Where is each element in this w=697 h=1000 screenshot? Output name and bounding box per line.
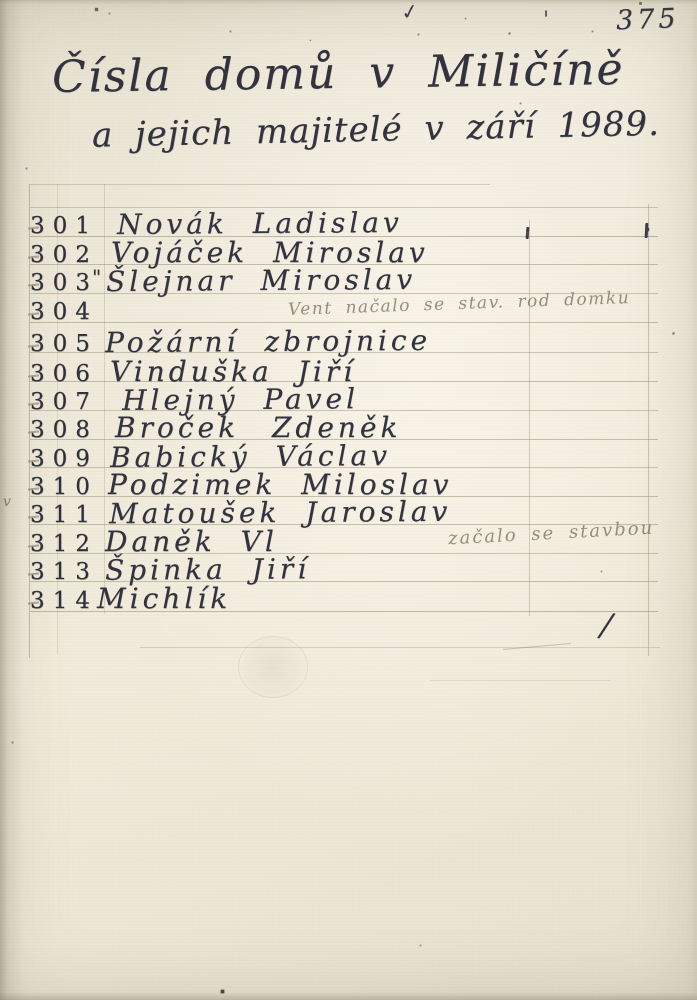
- page-title: Čísla domů v Miličíně: [52, 44, 613, 103]
- table-row: 305Požární zbrojnice: [30, 325, 431, 358]
- house-number: 305: [30, 331, 92, 357]
- ruled-line-v: [648, 204, 649, 656]
- pencil-note-312: začalo se stavbou: [448, 518, 655, 550]
- ink-blot: [526, 227, 530, 239]
- stray-pen-stroke: /: [599, 606, 614, 645]
- page-edge-shadow-top: [0, 0, 697, 4]
- table-row: 314Michlík: [30, 582, 231, 615]
- checkmark-icon: ✓: [399, 0, 421, 25]
- owner-name: Michlík: [97, 582, 231, 615]
- owner-name: Požární zbrojnice: [105, 324, 431, 359]
- ink-blot: [645, 223, 649, 238]
- house-number: 304: [30, 299, 92, 325]
- page-edge-shadow-bottom: [0, 992, 697, 1000]
- dust-specks: [0, 0, 1, 1]
- stray-pen-mark: ': [543, 8, 549, 33]
- ruled-line-h: [30, 322, 658, 323]
- pencil-smudge: [503, 643, 571, 650]
- table-row: 304: [30, 293, 93, 326]
- house-number: 314: [30, 588, 92, 614]
- ruled-line-h: [430, 680, 610, 681]
- ruled-line-v: [529, 220, 530, 616]
- owner-name: Šlejnar Miroslav: [106, 263, 416, 298]
- margin-checkmark: v: [3, 494, 11, 510]
- faint-stamp-mark: [238, 636, 308, 698]
- ditto-mark: ": [92, 265, 101, 289]
- page-subtitle: a jejich majitelé v září 1989.: [92, 104, 633, 155]
- page-number: 375: [615, 3, 696, 37]
- ruled-line-h: [30, 184, 490, 185]
- ruled-line-h: [140, 647, 660, 648]
